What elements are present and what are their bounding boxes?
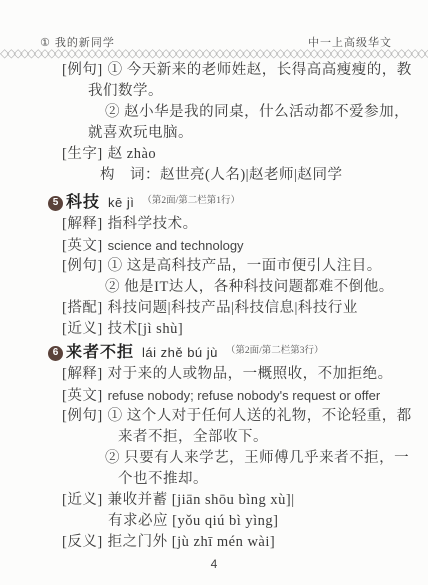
row-text: 科技问题|科技产品|科技信息|科技行业 — [108, 300, 358, 316]
row-text: ② 只要有人来学艺，王师傅几乎来者不拒，一 — [105, 450, 409, 466]
carryover-block: [例句]① 今天新来的老师姓赵，长得高高瘦瘦的，教 我们数学。 ② 赵小华是我的… — [62, 60, 428, 186]
row-label: [搭配] — [62, 300, 103, 316]
dict-row: [近义]技术[jì shù] — [62, 319, 428, 340]
entry-number-badge: 6 — [48, 346, 63, 361]
dict-row: 我们数学。 — [62, 81, 428, 102]
row-text: science and technology — [108, 238, 244, 253]
row-label: [近义] — [62, 492, 103, 508]
dict-row: ② 赵小华是我的同桌，什么活动都不爱参加， — [62, 102, 428, 123]
row-text: 拒之门外 [jù zhī mén wài] — [108, 534, 276, 550]
page-footer: 4 — [0, 557, 428, 571]
row-text: refuse nobody; refuse nobody's request o… — [108, 388, 381, 403]
entry-source-ref: （第2面/第二栏第1行） — [142, 190, 240, 212]
dict-row: ② 他是IT达人，各种科技问题都难不倒他。 — [62, 277, 428, 298]
dict-row: [英文]refuse nobody; refuse nobody's reque… — [62, 385, 428, 406]
dict-row: 构 词：赵世亮(人名)|赵老师|赵同学 — [62, 165, 428, 186]
dict-row: 有求必应 [yǒu qiú bì yìng] — [62, 511, 428, 532]
dict-row: [解释]指科学技术。 — [62, 214, 428, 235]
entry-5-body: [解释]指科学技术。 [英文]science and technology [例… — [62, 214, 428, 340]
row-label: [例句] — [62, 258, 103, 274]
dict-row: [解释]对于来的人或物品，一概照收，不加拒绝。 — [62, 364, 428, 385]
row-text: 构 词：赵世亮(人名)|赵老师|赵同学 — [100, 167, 342, 183]
row-label: [解释] — [62, 366, 103, 382]
divider-ornament: ◇◇◇◇◇◇◇◇◇◇◇◇◇◇◇◇◇◇◇◇◇◇◇◇◇◇◇◇◇◇◇◇◇◇◇◇◇◇◇◇… — [0, 47, 428, 59]
row-label: [英文] — [62, 238, 103, 254]
page-number: 4 — [211, 557, 218, 571]
dict-row: ② 只要有人来学艺，王师傅几乎来者不拒，一 — [62, 448, 428, 469]
row-label: [英文] — [62, 388, 103, 404]
row-label: [解释] — [62, 216, 103, 232]
row-text: 来者不拒，全部收下。 — [118, 429, 268, 445]
dict-row: [生字]赵 zhào — [62, 144, 428, 165]
entry-5-header: 5 科技 kē jì （第2面/第二栏第1行） — [48, 192, 428, 214]
textbook-page: ① 我的新同学 中一上高级华文 ◇◇◇◇◇◇◇◇◇◇◇◇◇◇◇◇◇◇◇◇◇◇◇◇… — [0, 0, 428, 585]
dict-row: [搭配]科技问题|科技产品|科技信息|科技行业 — [62, 298, 428, 319]
entry-word: 科技 — [66, 192, 100, 214]
row-label: [反义] — [62, 534, 103, 550]
row-text: 就喜欢玩电脑。 — [88, 125, 193, 141]
row-text: ② 赵小华是我的同桌，什么活动都不爱参加， — [105, 104, 409, 120]
entry-pinyin: kē jì — [108, 192, 134, 214]
row-label: [生字] — [62, 146, 103, 162]
row-text: 赵 zhào — [108, 146, 157, 162]
dict-row: 个也不推却。 — [62, 469, 428, 490]
entry-6-body: [解释]对于来的人或物品，一概照收，不加拒绝。 [英文]refuse nobod… — [62, 364, 428, 553]
page-content: [例句]① 今天新来的老师姓赵，长得高高瘦瘦的，教 我们数学。 ② 赵小华是我的… — [0, 60, 428, 553]
entry-word: 来者不拒 — [66, 342, 134, 364]
dict-row: [反义]拒之门外 [jù zhī mén wài] — [62, 532, 428, 553]
entry-number-badge: 5 — [48, 196, 63, 211]
dict-row: [近义]兼收并蓄 [jiān shōu bìng xù]| — [62, 490, 428, 511]
dict-row: [例句]① 这是高科技产品，一面市便引人注目。 — [62, 256, 428, 277]
entry-source-ref: （第2面/第二栏第3行） — [226, 340, 324, 362]
row-label: [近义] — [62, 321, 103, 337]
row-text: ① 今天新来的老师姓赵，长得高高瘦瘦的，教 — [108, 62, 412, 78]
row-label: [例句] — [62, 62, 103, 78]
row-text: 我们数学。 — [88, 83, 163, 99]
row-text: 个也不推却。 — [118, 471, 208, 487]
row-text: 有求必应 [yǒu qiú bì yìng] — [108, 513, 279, 529]
dict-row: [例句]① 这个人对于任何人送的礼物，不论轻重，都 — [62, 406, 428, 427]
row-text: 指科学技术。 — [108, 216, 198, 232]
dict-row: 就喜欢玩电脑。 — [62, 123, 428, 144]
dict-row: 来者不拒，全部收下。 — [62, 427, 428, 448]
row-text: ② 他是IT达人，各种科技问题都难不倒他。 — [105, 279, 394, 295]
row-text: 技术[jì shù] — [108, 321, 183, 337]
row-text: 兼收并蓄 [jiān shōu bìng xù]| — [108, 492, 295, 508]
row-text: 对于来的人或物品，一概照收，不加拒绝。 — [108, 366, 393, 382]
row-text: ① 这个人对于任何人送的礼物，不论轻重，都 — [108, 408, 412, 424]
dict-row: [例句]① 今天新来的老师姓赵，长得高高瘦瘦的，教 — [62, 60, 428, 81]
entry-6-header: 6 来者不拒 lái zhě bú jù （第2面/第二栏第3行） — [48, 342, 428, 364]
row-label: [例句] — [62, 408, 103, 424]
dict-row: [英文]science and technology — [62, 235, 428, 256]
entry-pinyin: lái zhě bú jù — [142, 342, 218, 364]
row-text: ① 这是高科技产品，一面市便引人注目。 — [108, 258, 382, 274]
